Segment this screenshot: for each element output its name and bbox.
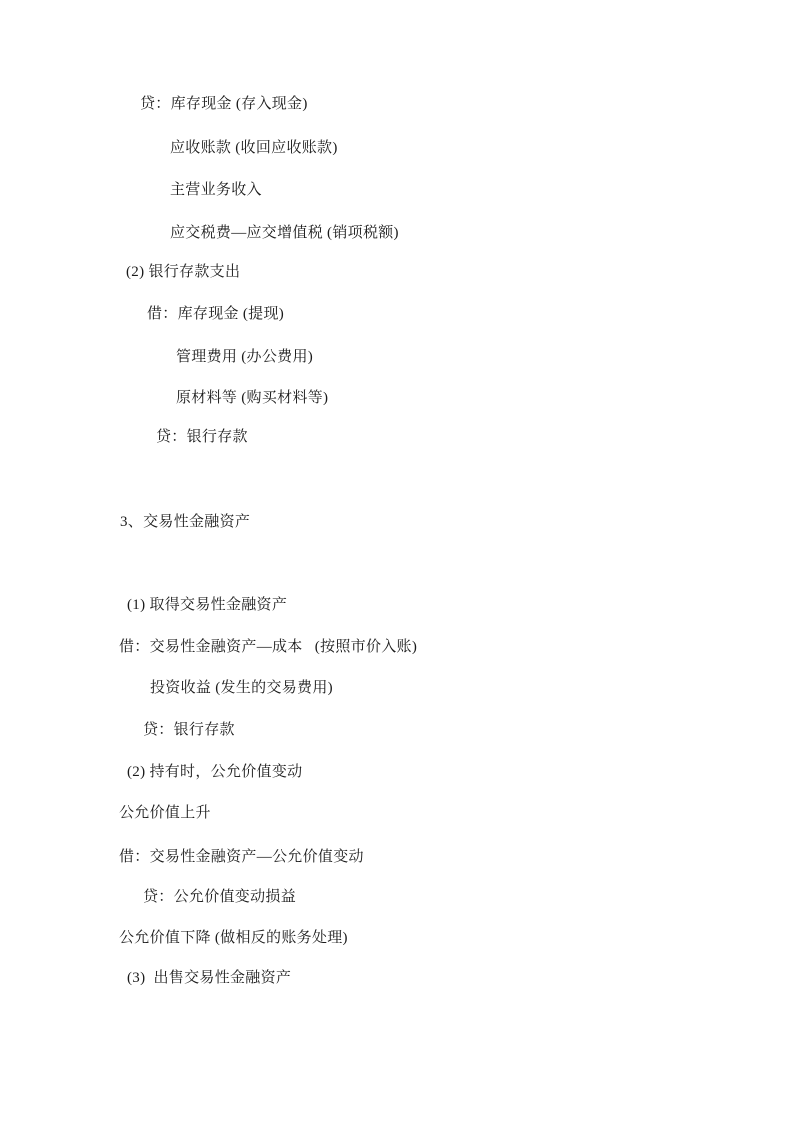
document-line: (3) 出售交易性金融资产 [127,957,291,999]
document-line: 应交税费—应交增值税 (销项税额) [170,212,399,254]
document-line: 管理费用 (办公费用) [176,336,313,378]
document-line: 原材料等 (购买材料等) [176,377,328,419]
document-line: 贷：银行存款 [143,709,235,751]
document-line: 贷：库存现金 (存入现金) [140,83,308,125]
document-line: (2) 持有时，公允价值变动 [127,751,302,793]
document-line: 贷：银行存款 [156,416,248,458]
document-line: 公允价值上升 [119,792,211,834]
document-line: (2) 银行存款支出 [126,251,240,293]
document-line: 主营业务收入 [170,169,262,211]
document-page: 贷：库存现金 (存入现金)应收账款 (收回应收账款)主营业务收入应交税费—应交增… [0,0,793,1122]
document-body: 贷：库存现金 (存入现金)应收账款 (收回应收账款)主营业务收入应交税费—应交增… [0,0,793,1122]
document-line: 贷：公允价值变动损益 [143,876,296,918]
document-line: 借：交易性金融资产—公允价值变动 [119,836,364,878]
document-line: (1) 取得交易性金融资产 [127,584,287,626]
document-line: 3、交易性金融资产 [120,501,250,543]
document-line: 借：交易性金融资产—成本 (按照市价入账) [119,626,417,668]
document-line: 投资收益 (发生的交易费用) [150,667,333,709]
document-line: 借：库存现金 (提现) [147,293,284,335]
document-line: 公允价值下降 (做相反的账务处理) [119,917,348,959]
document-line: 应收账款 (收回应收账款) [170,127,338,169]
